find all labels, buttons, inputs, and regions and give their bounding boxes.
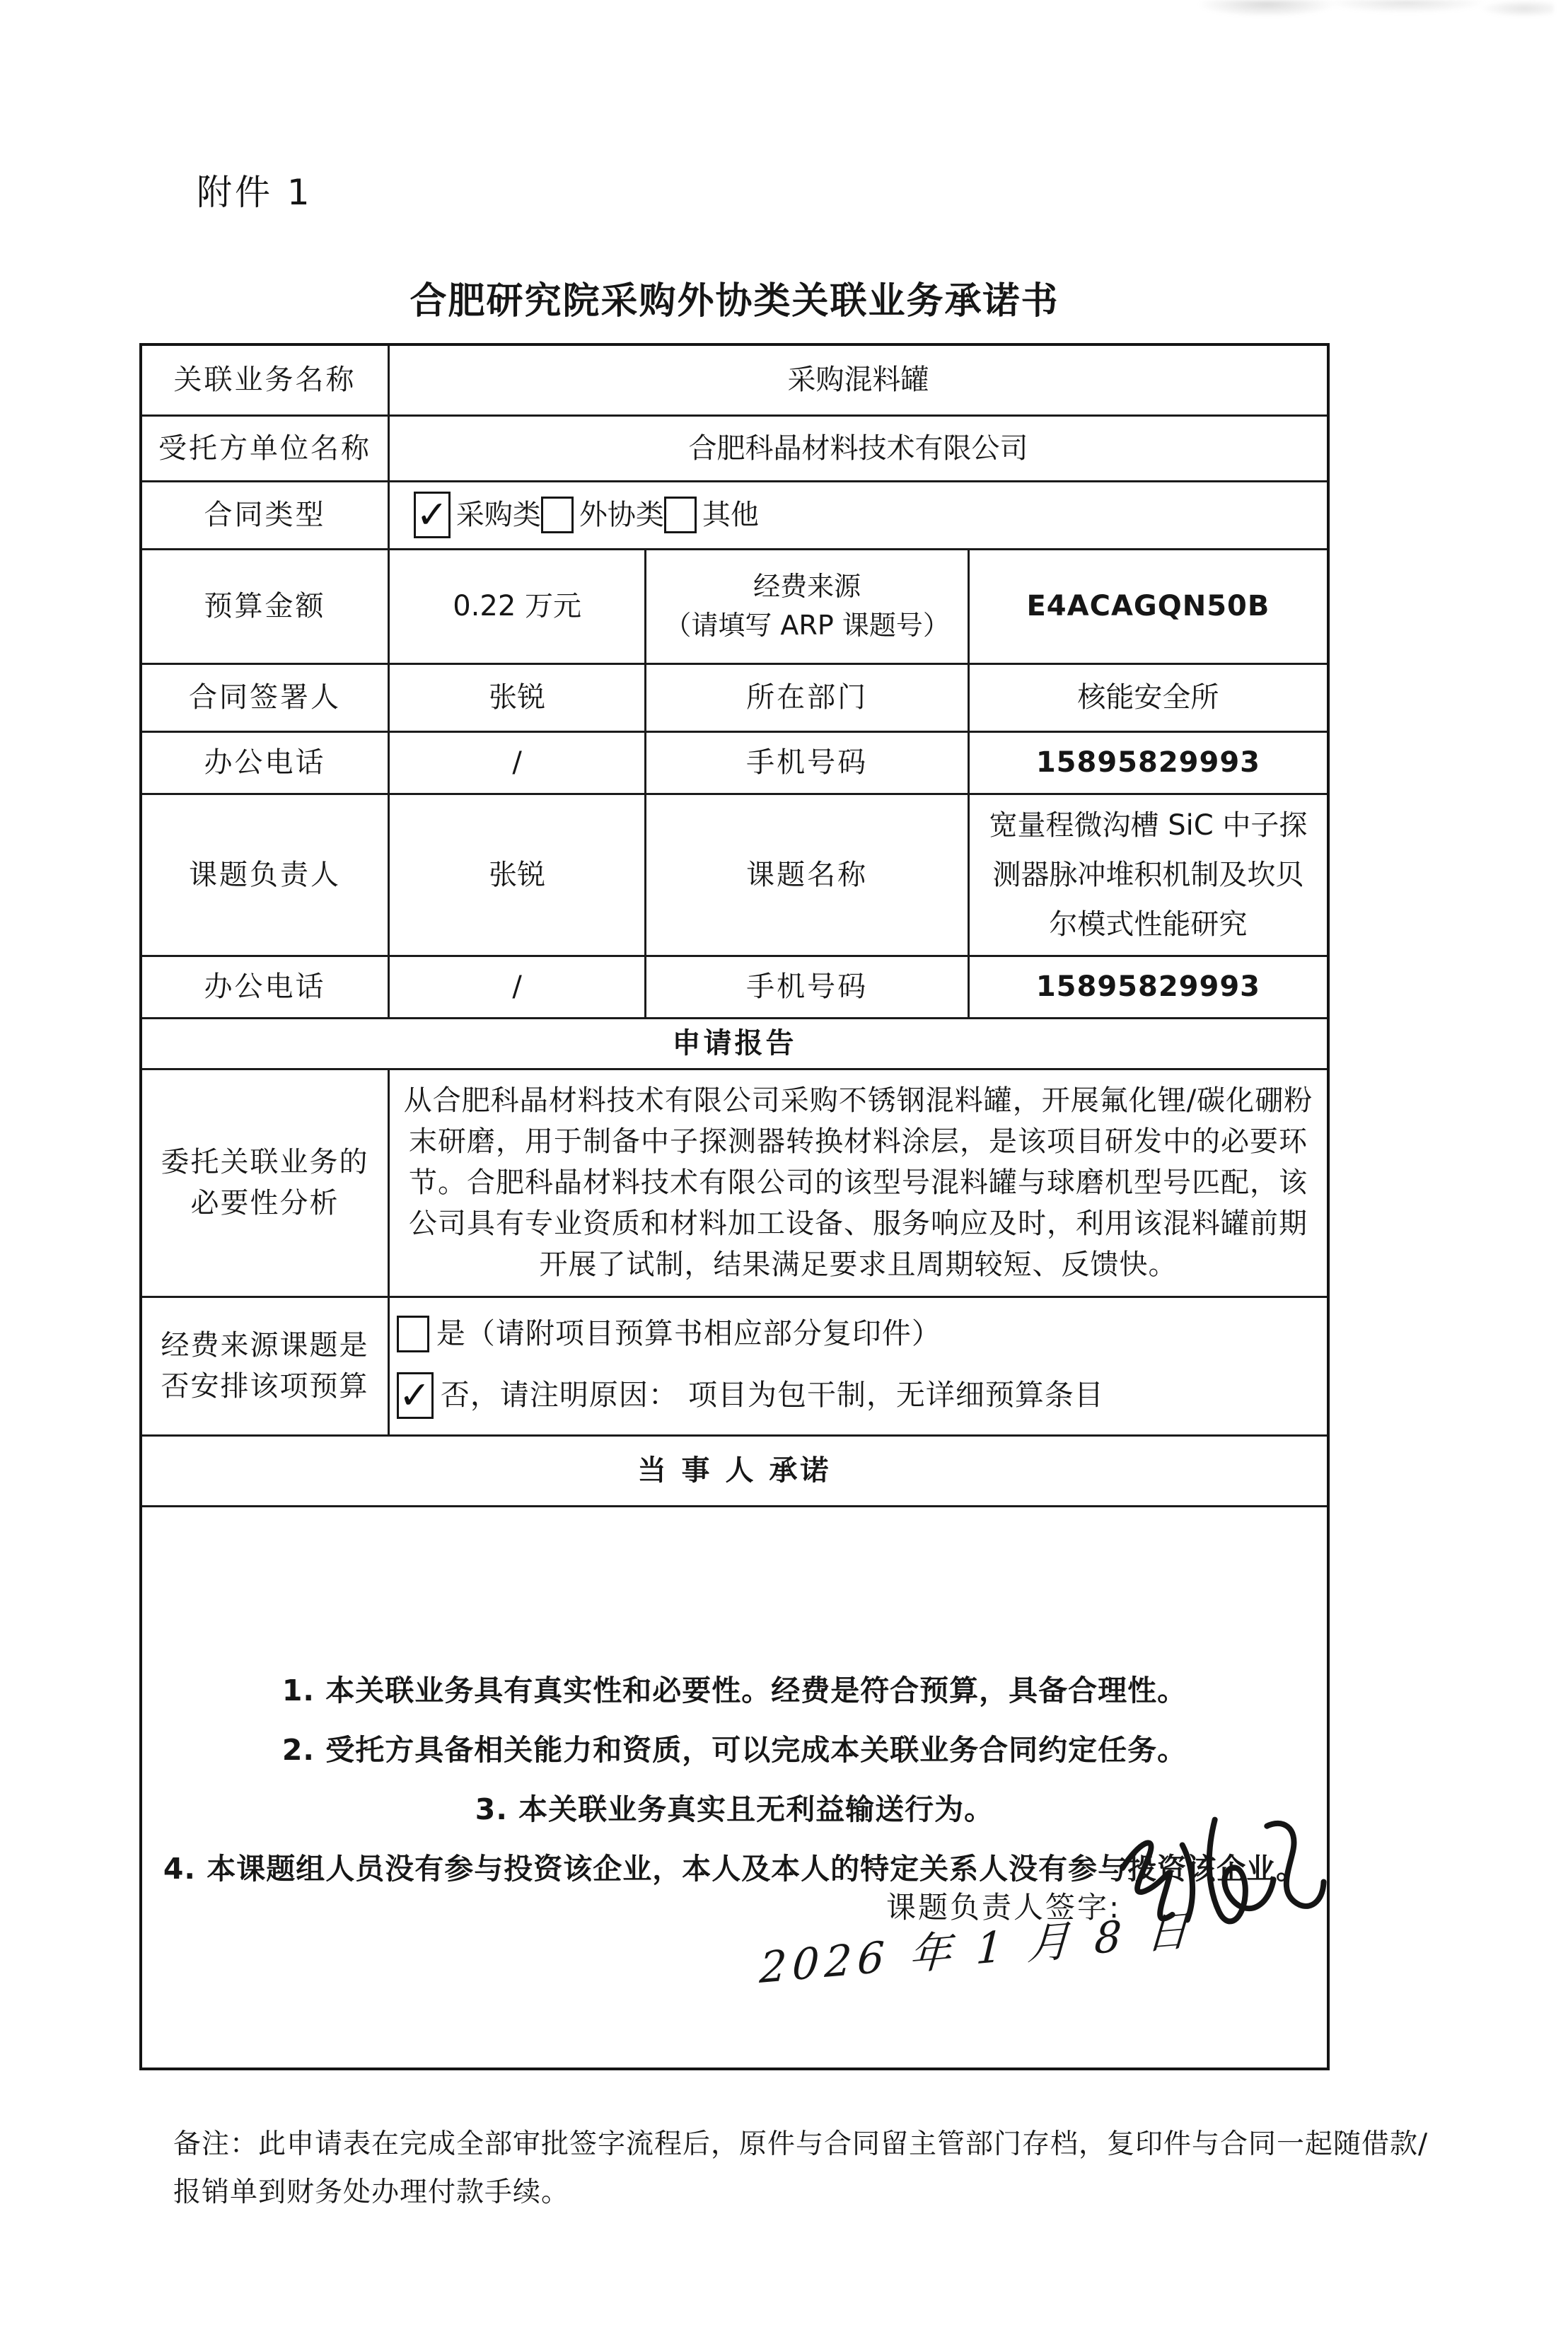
row-application-report-header: 申请报告 <box>141 1018 1328 1069</box>
office-phone-1-label: 办公电话 <box>141 731 388 794</box>
necessity-label: 委托关联业务的必要性分析 <box>141 1069 388 1297</box>
mobile-phone-1-value: 15895829993 <box>968 731 1328 794</box>
row-necessity: 委托关联业务的必要性分析 从合肥科晶材料技术有限公司采购不锈钢混料罐，开展氟化锂… <box>141 1069 1328 1297</box>
mobile-phone-1-label: 手机号码 <box>646 731 969 794</box>
row-related-business: 关联业务名称 采购混料罐 <box>141 344 1328 415</box>
application-report-header: 申请报告 <box>141 1018 1328 1069</box>
row-commitments: 1. 本关联业务具有真实性和必要性。经费是符合预算，具备合理性。 2. 受托方具… <box>141 1506 1328 2069</box>
option-label: 采购类 <box>456 494 541 535</box>
funding-source-label-line1: 经费来源 <box>654 567 960 606</box>
commitment-item-1: 1. 本关联业务具有真实性和必要性。经费是符合预算，具备合理性。 <box>149 1669 1320 1712</box>
checkbox-checked-icon: ✓ <box>397 1372 434 1419</box>
check-mark: ✓ <box>399 1376 431 1415</box>
option-label: 否，请注明原因： 项目为包干制，无详细预算条目 <box>441 1374 1104 1416</box>
checkbox-unchecked-icon <box>541 497 574 533</box>
option-label: 其他 <box>702 494 759 535</box>
project-leader-label: 课题负责人 <box>141 794 388 956</box>
funding-source-label-line2: （请填写 ARP 课题号） <box>654 606 960 645</box>
check-mark: ✓ <box>416 496 448 534</box>
budget-amount-value: 0.22 万元 <box>388 549 645 663</box>
row-contract-signer: 合同签署人 张锐 所在部门 核能安全所 <box>141 663 1328 731</box>
row-phone-1: 办公电话 / 手机号码 15895829993 <box>141 731 1328 794</box>
department-label: 所在部门 <box>646 663 969 731</box>
checkbox-unchecked-icon <box>397 1316 429 1352</box>
page-title: 合肥研究院采购外协类关联业务承诺书 <box>139 271 1330 324</box>
contract-type-label: 合同类型 <box>141 481 388 549</box>
funding-source-label: 经费来源 （请填写 ARP 课题号） <box>646 549 969 663</box>
checkbox-checked-icon: ✓ <box>414 492 451 538</box>
project-name-label: 课题名称 <box>646 794 969 956</box>
contract-type-options: ✓ 采购类 外协类 其他 <box>397 492 1320 538</box>
mobile-phone-2-label: 手机号码 <box>646 956 969 1018</box>
document-page: 附件 1 合肥研究院采购外协类关联业务承诺书 关联业务名称 采购混料罐 受托方单… <box>0 0 1568 2337</box>
department-value: 核能安全所 <box>968 663 1328 731</box>
office-phone-2-value: / <box>388 956 645 1018</box>
office-phone-1-value: / <box>388 731 645 794</box>
necessity-text: 从合肥科晶材料技术有限公司采购不锈钢混料罐，开展氟化锂/碳化硼粉末研磨，用于制备… <box>388 1069 1328 1297</box>
contract-signer-label: 合同签署人 <box>141 663 388 731</box>
option-label: 是（请附项目预算书相应部分复印件） <box>436 1313 941 1355</box>
project-name-value: 宽量程微沟槽 SiC 中子探测器脉冲堆积机制及坎贝尔模式性能研究 <box>968 794 1328 956</box>
row-budget-arrangement: 经费来源课题是否安排该项预算 是（请附项目预算书相应部分复印件） ✓ 否，请注明… <box>141 1297 1328 1435</box>
trustee-unit-value: 合肥科晶材料技术有限公司 <box>388 415 1328 481</box>
project-leader-value: 张锐 <box>388 794 645 956</box>
contract-type-option-other: 其他 <box>664 494 759 535</box>
scan-smudge <box>1186 0 1554 42</box>
arp-project-code: E4ACAGQN50B <box>968 549 1328 663</box>
trustee-unit-label: 受托方单位名称 <box>141 415 388 481</box>
row-party-commitment-header: 当 事 人 承诺 <box>141 1435 1328 1506</box>
related-business-value: 采购混料罐 <box>388 344 1328 415</box>
attachment-label: 附件 1 <box>197 164 313 215</box>
footer-note: 备注：此申请表在完成全部审批签字流程后，原件与合同留主管部门存档，复印件与合同一… <box>173 2121 1439 2217</box>
row-phone-2: 办公电话 / 手机号码 15895829993 <box>141 956 1328 1018</box>
commitment-form-table: 关联业务名称 采购混料罐 受托方单位名称 合肥科晶材料技术有限公司 合同类型 ✓… <box>139 343 1330 2070</box>
related-business-label: 关联业务名称 <box>141 344 388 415</box>
office-phone-2-label: 办公电话 <box>141 956 388 1018</box>
option-label: 外协类 <box>579 494 664 535</box>
row-project-leader: 课题负责人 张锐 课题名称 宽量程微沟槽 SiC 中子探测器脉冲堆积机制及坎贝尔… <box>141 794 1328 956</box>
contract-signer-value: 张锐 <box>388 663 645 731</box>
contract-type-option-purchase: ✓ 采购类 <box>414 492 541 538</box>
party-commitment-header: 当 事 人 承诺 <box>141 1435 1328 1506</box>
budget-arrangement-option-yes: 是（请附项目预算书相应部分复印件） <box>397 1313 1320 1355</box>
row-budget: 预算金额 0.22 万元 经费来源 （请填写 ARP 课题号） E4ACAGQN… <box>141 549 1328 663</box>
mobile-phone-2-value: 15895829993 <box>968 956 1328 1018</box>
budget-arrangement-label: 经费来源课题是否安排该项预算 <box>141 1297 388 1435</box>
checkbox-unchecked-icon <box>664 497 697 533</box>
row-trustee-unit: 受托方单位名称 合肥科晶材料技术有限公司 <box>141 415 1328 481</box>
budget-amount-label: 预算金额 <box>141 549 388 663</box>
row-contract-type: 合同类型 ✓ 采购类 外协类 其他 <box>141 481 1328 549</box>
budget-arrangement-option-no: ✓ 否，请注明原因： 项目为包干制，无详细预算条目 <box>397 1372 1320 1419</box>
contract-type-option-outsourcing: 外协类 <box>541 494 664 535</box>
commitment-item-2: 2. 受托方具备相关能力和资质，可以完成本关联业务合同约定任务。 <box>149 1728 1320 1772</box>
